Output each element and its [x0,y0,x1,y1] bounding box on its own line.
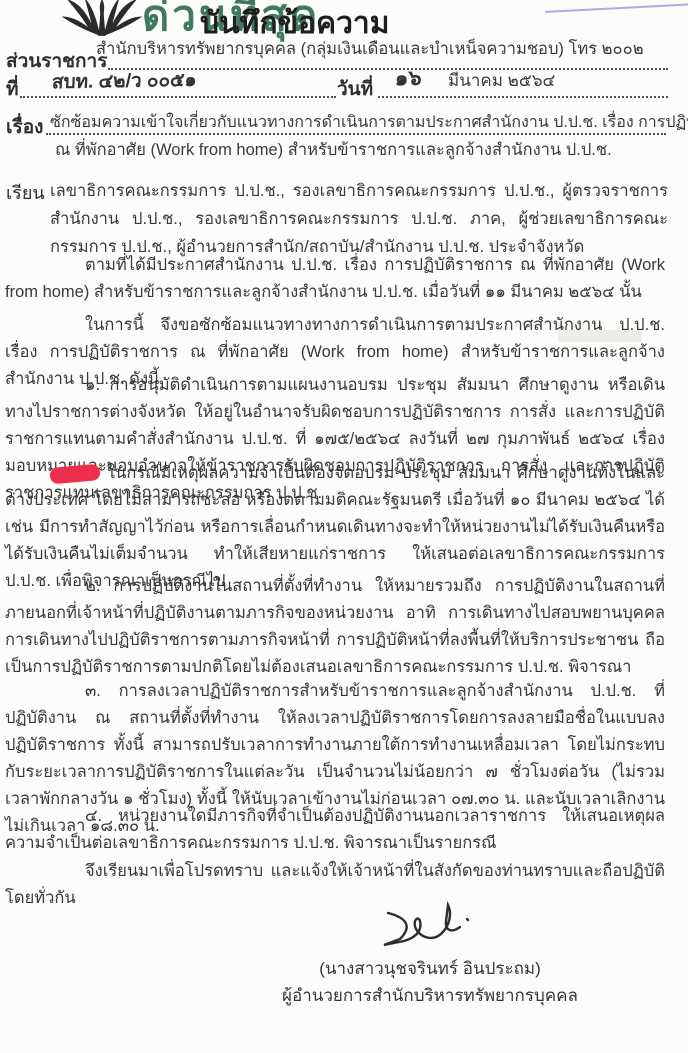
doc-number-value: สบท. ๔๒/ว ๐๐๕๑ [51,65,197,98]
subject-line-1: ซักซ้อมความเข้าใจเกี่ยวกับแนวทางการดำเนิ… [50,110,688,135]
subject-line-2: ณ ที่พักอาศัย (Work from home) สำหรับข้า… [55,137,612,163]
recipients-text: เลขาธิการคณะกรรมการ ป.ป.ช., รองเลขาธิการ… [50,177,668,261]
scan-smudge-artifact [558,330,642,342]
doc-number-label: ที่ [6,74,19,104]
date-month-year: มีนาคม ๒๕๖๔ [448,67,555,94]
scan-line-artifact [545,3,688,13]
recipients-label: เรียน [6,178,45,207]
date-day-handwritten: ๑๖ [394,62,422,95]
paragraph-item-2: ๒. การปฏิบัติงานในสถานที่ตั้งที่ทำงาน ให… [5,573,665,681]
date-dotted-line [378,96,668,98]
paragraph-item-4: ๔. หน่วยงานใดมีภารกิจที่จำเป็นต้องปฏิบัต… [5,803,665,857]
subject-label: เรื่อง [6,112,43,142]
signature-icon [370,895,490,953]
date-label: วันที่ [337,74,373,104]
signature-block: (นางสาวนุชจรินทร์ อินประถม) ผู้อำนวยการส… [280,895,580,1009]
department-value: สำนักบริหารทรัพยากรบุคคล (กลุ่มเงินเดือน… [96,36,644,62]
paragraph-intro-reference: ตามที่ได้มีประกาศสำนักงาน ป.ป.ช. เรื่อง … [5,252,665,306]
signatory-name: (นางสาวนุชจรินทร์ อินประถม) [280,955,580,982]
signatory-position: ผู้อำนวยการสำนักบริหารทรัพยากรบุคคล [280,982,580,1009]
garuda-emblem-icon [58,0,146,38]
memo-document: ด่วนที่สุด บันทึกข้อความ ส่วนราชการ สำนั… [0,0,688,1053]
